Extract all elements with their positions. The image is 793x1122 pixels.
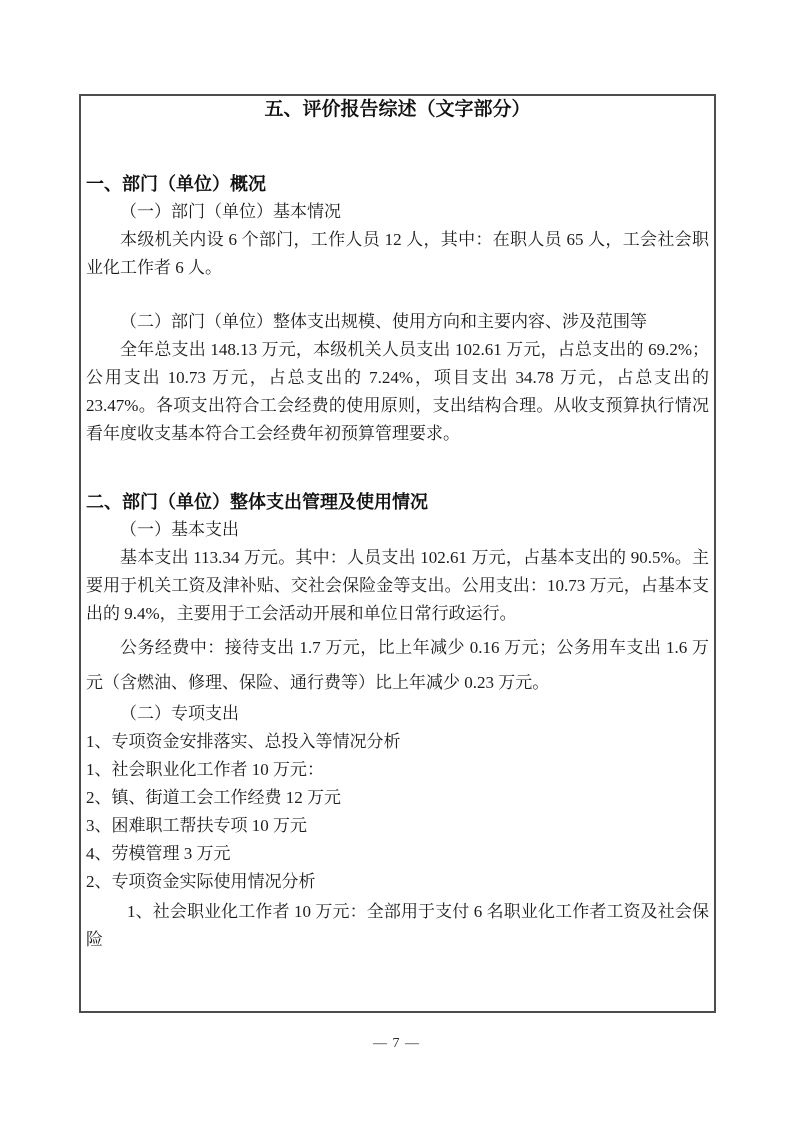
report-border-box: 五、评价报告综述（文字部分） 一、部门（单位）概况 （一）部门（单位）基本情况 … [79,94,716,1013]
section1-sub2-heading: （二）部门（单位）整体支出规模、使用方向和主要内容、涉及范围等 [86,308,709,336]
section1-sub2-paragraph: 全年总支出 148.13 万元，本级机关人员支出 102.61 万元，占总支出的… [86,336,709,448]
list-item: 2、镇、街道工会工作经费 12 万元 [86,784,709,812]
section1-sub1-heading: （一）部门（单位）基本情况 [86,198,709,226]
section2-sub2-heading: （二）专项支出 [86,700,709,728]
special-funds-usage-paragraph: 1、社会职业化工作者 10 万元：全部用于支付 6 名职业化工作者工资及社会保险 [86,898,709,954]
list-item: 4、劳模管理 3 万元 [86,840,709,868]
section2-heading: 二、部门（单位）整体支出管理及使用情况 [86,488,709,516]
list-item: 3、困难职工帮扶专项 10 万元 [86,812,709,840]
section2-sub1-paragraph2: 公务经费中：接待支出 1.7 万元，比上年减少 0.16 万元；公务用车支出 1… [86,630,709,700]
page-number: — 7 — [0,1033,793,1055]
document-page: 五、评价报告综述（文字部分） 一、部门（单位）概况 （一）部门（单位）基本情况 … [0,0,793,1122]
section2-sub1-heading: （一）基本支出 [86,516,709,544]
list-item: 1、社会职业化工作者 10 万元： [86,756,709,784]
special-funds-usage-heading: 2、专项资金实际使用情况分析 [86,868,709,896]
report-title: 五、评价报告综述（文字部分） [86,96,709,124]
section1-sub1-paragraph: 本级机关内设 6 个部门，工作人员 12 人，其中：在职人员 65 人，工会社会… [86,226,709,282]
special-funds-arrangement-heading: 1、专项资金安排落实、总投入等情况分析 [86,728,709,756]
section1-heading: 一、部门（单位）概况 [86,170,709,198]
section2-sub1-paragraph1: 基本支出 113.34 万元。其中：人员支出 102.61 万元，占基本支出的 … [86,544,709,628]
